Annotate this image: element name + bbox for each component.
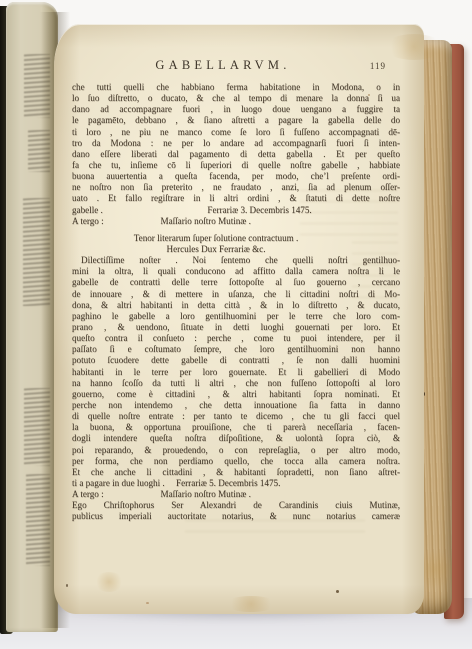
- text-line: perche non intendemo , che detta innouat…: [72, 400, 400, 411]
- foxing-spot: [146, 602, 149, 604]
- show-through-ghost-text: [352, 242, 398, 298]
- text-line: gouerno, come è cittadini , & altri habi…: [72, 389, 400, 400]
- text-line: potuto ſcuodere dette gabelle di contrat…: [72, 355, 400, 366]
- foxing-spot: [66, 584, 68, 587]
- text-line: Et che anche li cittadini , & habitanti …: [72, 467, 400, 478]
- foxing-spot: [336, 590, 339, 593]
- text-line: gabelle de contratti delle terre ſottopo…: [72, 277, 400, 288]
- paper-stain: [384, 34, 444, 60]
- running-header: GABELLARVM. 119: [72, 58, 400, 74]
- text-line: ti loro , ne piu ne manco come ſe loro ſ…: [72, 127, 400, 138]
- text-line: Ego Chriſtophorus Ser Alexandri de Caran…: [72, 500, 400, 511]
- show-through-ghost-text: [300, 190, 398, 242]
- text-line: paſſato ſi e coſtumato ſempre, che loro …: [72, 344, 400, 355]
- text-line: dogli intendere queſta noſtra diſpoſitio…: [72, 433, 400, 444]
- foxing-spot: [368, 94, 370, 96]
- text-line: Dilectiſſime noſter . Noi ſentemo che qu…: [72, 255, 400, 266]
- text-line: A tergo : Maſſario noſtro Mutinæ .: [72, 489, 400, 500]
- text-line: dano eſſere liberati dal pagamento di de…: [72, 149, 400, 160]
- text-lines-container: che tutti quelli che habbiano ferma habi…: [72, 82, 400, 522]
- text-line: le pagamēto, debbano , & ſiano aſtretti …: [72, 115, 400, 126]
- text-line: de innouare , & di mettere in uſanza, ch…: [72, 289, 400, 300]
- text-line: ti a pagare in due luoghi . Ferrariæ 5. …: [72, 478, 400, 489]
- text-line: queſto contra il conſueto : perche , com…: [72, 333, 400, 344]
- text-line: lo ſuo diſtretto, o ducato, & che al tem…: [72, 93, 400, 104]
- text-line: mini la oltra, li quali conducono ad aff…: [72, 266, 400, 277]
- text-line: habitanti in le terre per loro gouernate…: [72, 367, 400, 378]
- text-line: paghino le gabelle a loro gentilhuomini …: [72, 311, 400, 322]
- text-line: tro da Modona : ne per lo andare ad acco…: [72, 138, 400, 149]
- text-line: Hercules Dux Ferrariæ &c.: [72, 244, 400, 255]
- text-line: buona auuertentia a queſta facenda, per …: [72, 171, 400, 182]
- page-text-block: GABELLARVM. 119 che tutti quelli che hab…: [72, 58, 400, 522]
- show-through-ghost-text: [185, 520, 365, 538]
- text-line: la buona, & opportuna prouiſione, che ti…: [72, 422, 400, 433]
- text-line: di quelle noſtre entrate : per tanto te …: [72, 411, 400, 422]
- text-line: che tutti quelli che habbiano ferma habi…: [72, 82, 400, 93]
- text-line: prano , & uendono, ſituate in detti luog…: [72, 322, 400, 333]
- paper-stain: [94, 572, 124, 592]
- book-page: GABELLARVM. 119 che tutti quelli che hab…: [54, 24, 424, 614]
- book-photo: GABELLARVM. 119 che tutti quelli che hab…: [0, 0, 472, 649]
- text-line: dano ad accompagnare fuori , in luogo do…: [72, 104, 400, 115]
- text-line: per forma, che non perdiamo quello, che …: [72, 456, 400, 467]
- text-line: na hanno ſcoſſo da tutti li altri , che …: [72, 378, 400, 389]
- text-line: dona, & altri habitanti in detta città ,…: [72, 300, 400, 311]
- running-header-title: GABELLARVM.: [72, 58, 400, 73]
- text-line: poi reparando, & prouedendo, o con repre…: [72, 445, 400, 456]
- page-number: 119: [370, 61, 386, 71]
- text-line: fa che tu, inſieme cō li ſuperiori di qu…: [72, 160, 400, 171]
- paper-stain: [224, 596, 278, 612]
